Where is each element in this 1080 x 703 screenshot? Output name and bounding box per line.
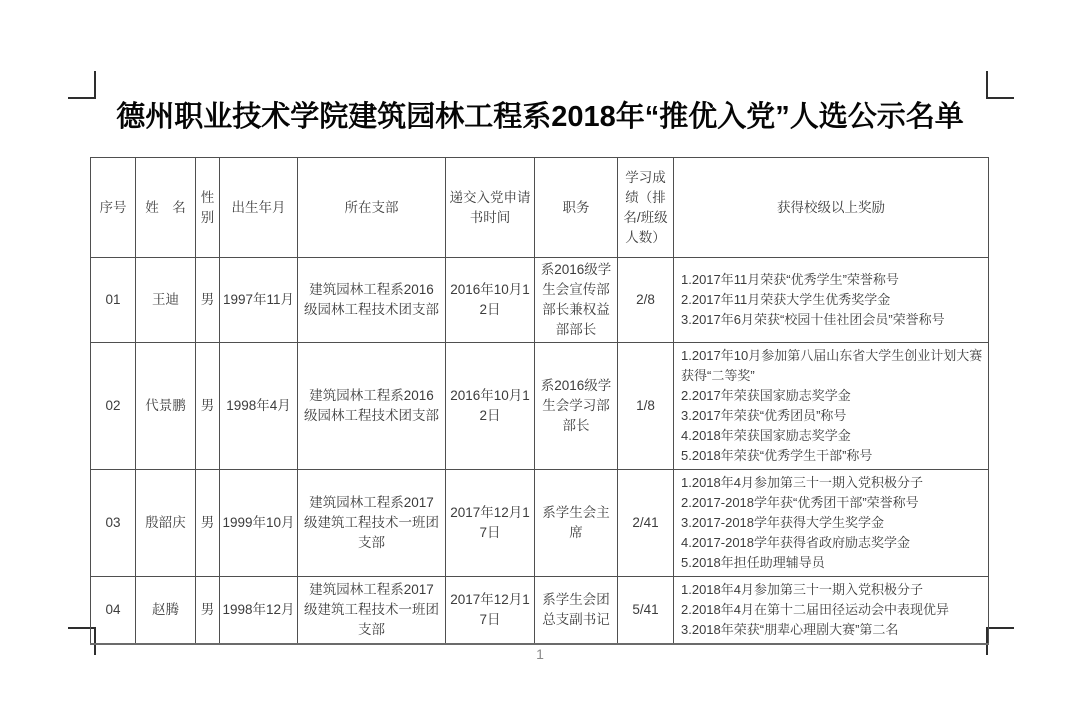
table-row: 04 赵腾 男 1998年12月 建筑园林工程系2017级建筑工程技术一班团支部… — [91, 577, 989, 645]
cell-gender: 男 — [196, 577, 220, 645]
cell-seq: 04 — [91, 577, 136, 645]
cell-score: 2/8 — [618, 258, 674, 343]
cell-position: 系2016级学生会宣传部部长兼权益部部长 — [535, 258, 618, 343]
header-seq: 序号 — [91, 158, 136, 258]
award-line: 5.2018年荣获“优秀学生干部”称号 — [681, 446, 984, 466]
cell-position: 系2016级学生会学习部部长 — [535, 343, 618, 470]
award-line: 2.2017-2018学年获“优秀团干部”荣誉称号 — [681, 493, 984, 513]
cell-awards: 1.2017年11月荣获“优秀学生”荣誉称号2.2017年11月荣获大学生优秀奖… — [674, 258, 989, 343]
award-line: 1.2017年11月荣获“优秀学生”荣誉称号 — [681, 270, 984, 290]
cell-awards: 1.2018年4月参加第三十一期入党积极分子2.2017-2018学年获“优秀团… — [674, 470, 989, 577]
cell-gender: 男 — [196, 343, 220, 470]
award-line: 3.2017-2018学年获得大学生奖学金 — [681, 513, 984, 533]
table-row: 03 殷韶庆 男 1999年10月 建筑园林工程系2017级建筑工程技术一班团支… — [91, 470, 989, 577]
header-position: 职务 — [535, 158, 618, 258]
header-gender: 性别 — [196, 158, 220, 258]
page-number: 1 — [0, 646, 1080, 662]
cell-gender: 男 — [196, 258, 220, 343]
award-line: 5.2018年担任助理辅导员 — [681, 553, 984, 573]
cell-branch: 建筑园林工程系2017级建筑工程技术一班团支部 — [298, 470, 446, 577]
header-birth: 出生年月 — [220, 158, 298, 258]
cell-branch: 建筑园林工程系2016级园林工程技术团支部 — [298, 343, 446, 470]
cell-name: 王迪 — [136, 258, 196, 343]
cell-branch: 建筑园林工程系2016级园林工程技术团支部 — [298, 258, 446, 343]
cell-name: 代景鹏 — [136, 343, 196, 470]
award-line: 3.2017年6月荣获“校园十佳社团会员”荣誉称号 — [681, 310, 984, 330]
crop-mark-top-right — [986, 71, 1014, 99]
cell-score: 2/41 — [618, 470, 674, 577]
cell-apply-date: 2017年12月17日 — [446, 470, 535, 577]
award-line: 3.2018年荣获“朋辈心理剧大赛”第二名 — [681, 620, 984, 640]
header-awards: 获得校级以上奖励 — [674, 158, 989, 258]
cell-branch: 建筑园林工程系2017级建筑工程技术一班团支部 — [298, 577, 446, 645]
award-line: 1.2018年4月参加第三十一期入党积极分子 — [681, 473, 984, 493]
award-line: 2.2018年4月在第十二届田径运动会中表现优异 — [681, 600, 984, 620]
award-line: 1.2018年4月参加第三十一期入党积极分子 — [681, 580, 984, 600]
page-title: 德州职业技术学院建筑园林工程系2018年“推优入党”人选公示名单 — [0, 94, 1080, 135]
cell-gender: 男 — [196, 470, 220, 577]
cell-score: 5/41 — [618, 577, 674, 645]
award-line: 2.2017年11月荣获大学生优秀奖学金 — [681, 290, 984, 310]
cell-awards: 1.2018年4月参加第三十一期入党积极分子2.2018年4月在第十二届田径运动… — [674, 577, 989, 645]
header-branch: 所在支部 — [298, 158, 446, 258]
table-row: 01 王迪 男 1997年11月 建筑园林工程系2016级园林工程技术团支部 2… — [91, 258, 989, 343]
header-apply-date: 递交入党申请书时间 — [446, 158, 535, 258]
cell-seq: 03 — [91, 470, 136, 577]
roster-table: 序号 姓 名 性别 出生年月 所在支部 递交入党申请书时间 职务 学习成绩（排名… — [90, 157, 989, 645]
cell-birth: 1997年11月 — [220, 258, 298, 343]
cell-apply-date: 2016年10月12日 — [446, 258, 535, 343]
cell-birth: 1998年4月 — [220, 343, 298, 470]
award-line: 4.2017-2018学年获得省政府励志奖学金 — [681, 533, 984, 553]
crop-mark-top-left — [68, 71, 96, 99]
award-line: 2.2017年荣获国家励志奖学金 — [681, 386, 984, 406]
cell-awards: 1.2017年10月参加第八届山东省大学生创业计划大赛获得“二等奖”2.2017… — [674, 343, 989, 470]
award-line: 3.2017年荣获“优秀团员”称号 — [681, 406, 984, 426]
cell-score: 1/8 — [618, 343, 674, 470]
cell-position: 系学生会团总支副书记 — [535, 577, 618, 645]
header-name: 姓 名 — [136, 158, 196, 258]
cell-position: 系学生会主席 — [535, 470, 618, 577]
table-header-row: 序号 姓 名 性别 出生年月 所在支部 递交入党申请书时间 职务 学习成绩（排名… — [91, 158, 989, 258]
cell-apply-date: 2016年10月12日 — [446, 343, 535, 470]
cell-name: 赵腾 — [136, 577, 196, 645]
cell-apply-date: 2017年12月17日 — [446, 577, 535, 645]
cell-birth: 1998年12月 — [220, 577, 298, 645]
header-score: 学习成绩（排名/班级人数） — [618, 158, 674, 258]
table-row: 02 代景鹏 男 1998年4月 建筑园林工程系2016级园林工程技术团支部 2… — [91, 343, 989, 470]
award-line: 1.2017年10月参加第八届山东省大学生创业计划大赛获得“二等奖” — [681, 346, 984, 386]
cell-name: 殷韶庆 — [136, 470, 196, 577]
award-line: 4.2018年荣获国家励志奖学金 — [681, 426, 984, 446]
cell-seq: 01 — [91, 258, 136, 343]
cell-birth: 1999年10月 — [220, 470, 298, 577]
cell-seq: 02 — [91, 343, 136, 470]
